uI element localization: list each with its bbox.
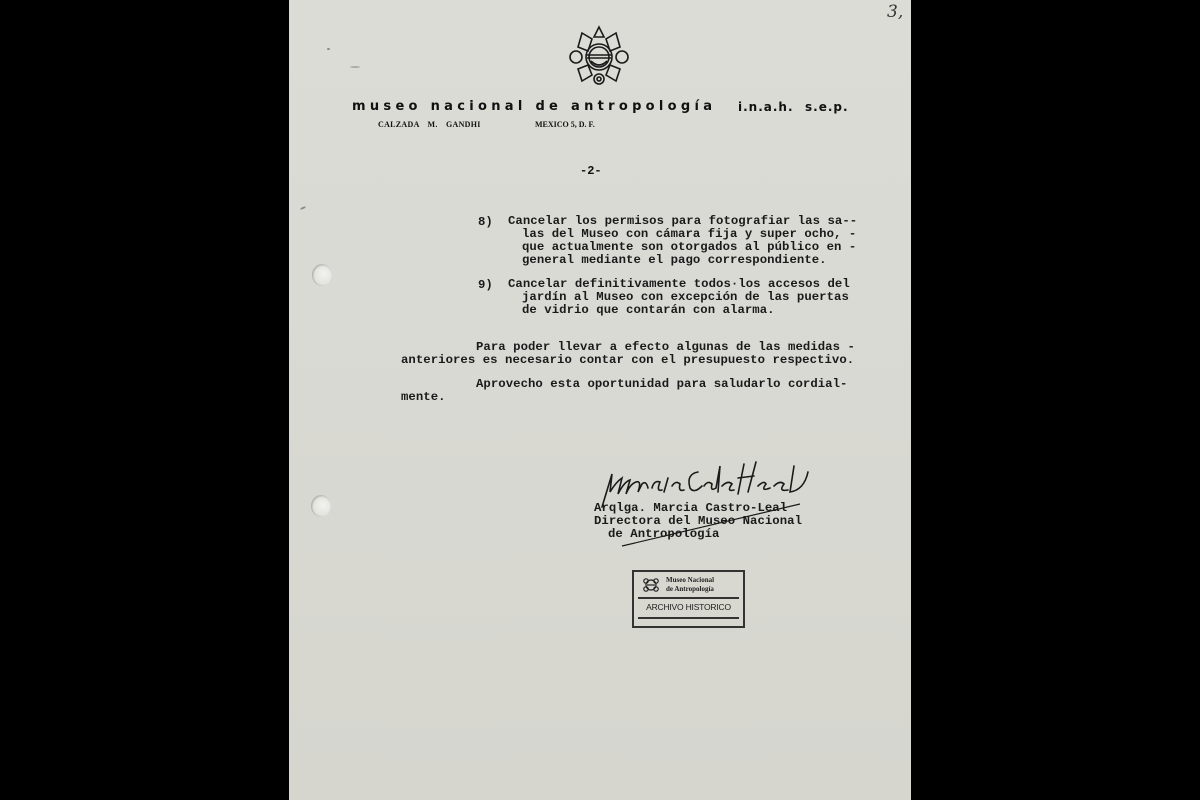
letterhead-sep: s.e.p. <box>805 100 849 114</box>
item-number: 9) <box>478 278 493 292</box>
page-number: -2- <box>580 164 602 178</box>
paragraph-line: anteriores es necesario contar con el pr… <box>401 354 854 367</box>
museum-logo-icon <box>568 25 630 87</box>
item-line: general mediante el pago correspondiente… <box>522 254 827 267</box>
signature-stroke <box>620 500 820 550</box>
stamp-org-line-1: Museo Nacional <box>666 576 714 585</box>
ink-mark <box>350 66 360 68</box>
ink-mark <box>327 48 330 50</box>
stamp-divider <box>638 617 739 619</box>
item-line: de vidrio que contarán con alarma. <box>522 304 775 317</box>
paragraph-line: Aprovecho esta oportunidad para saludarl… <box>476 378 847 391</box>
archive-stamp: Museo Nacional de Antropología ARCHIVO H… <box>632 570 745 628</box>
stamp-divider <box>638 597 739 599</box>
stamp-logo-icon <box>642 576 660 594</box>
stamp-org: Museo Nacional de Antropología <box>666 576 714 594</box>
letterhead-inah: i.n.a.h. <box>738 100 794 114</box>
stamp-archive-label: ARCHIVO HISTORICO <box>634 602 743 612</box>
punch-hole-top <box>312 264 332 286</box>
letterhead-title: museo nacional de antropología <box>352 99 716 114</box>
stamp-org-line-2: de Antropología <box>666 585 714 594</box>
letterhead-address-city: MEXICO 5, D. F. <box>535 120 595 129</box>
letterhead-address-street: CALZADA M. GANDHI <box>378 120 481 129</box>
paragraph-line: mente. <box>401 391 446 404</box>
page-corner-number: 3, <box>887 2 903 22</box>
item-number: 8) <box>478 215 493 229</box>
punch-hole-bottom <box>311 495 331 517</box>
